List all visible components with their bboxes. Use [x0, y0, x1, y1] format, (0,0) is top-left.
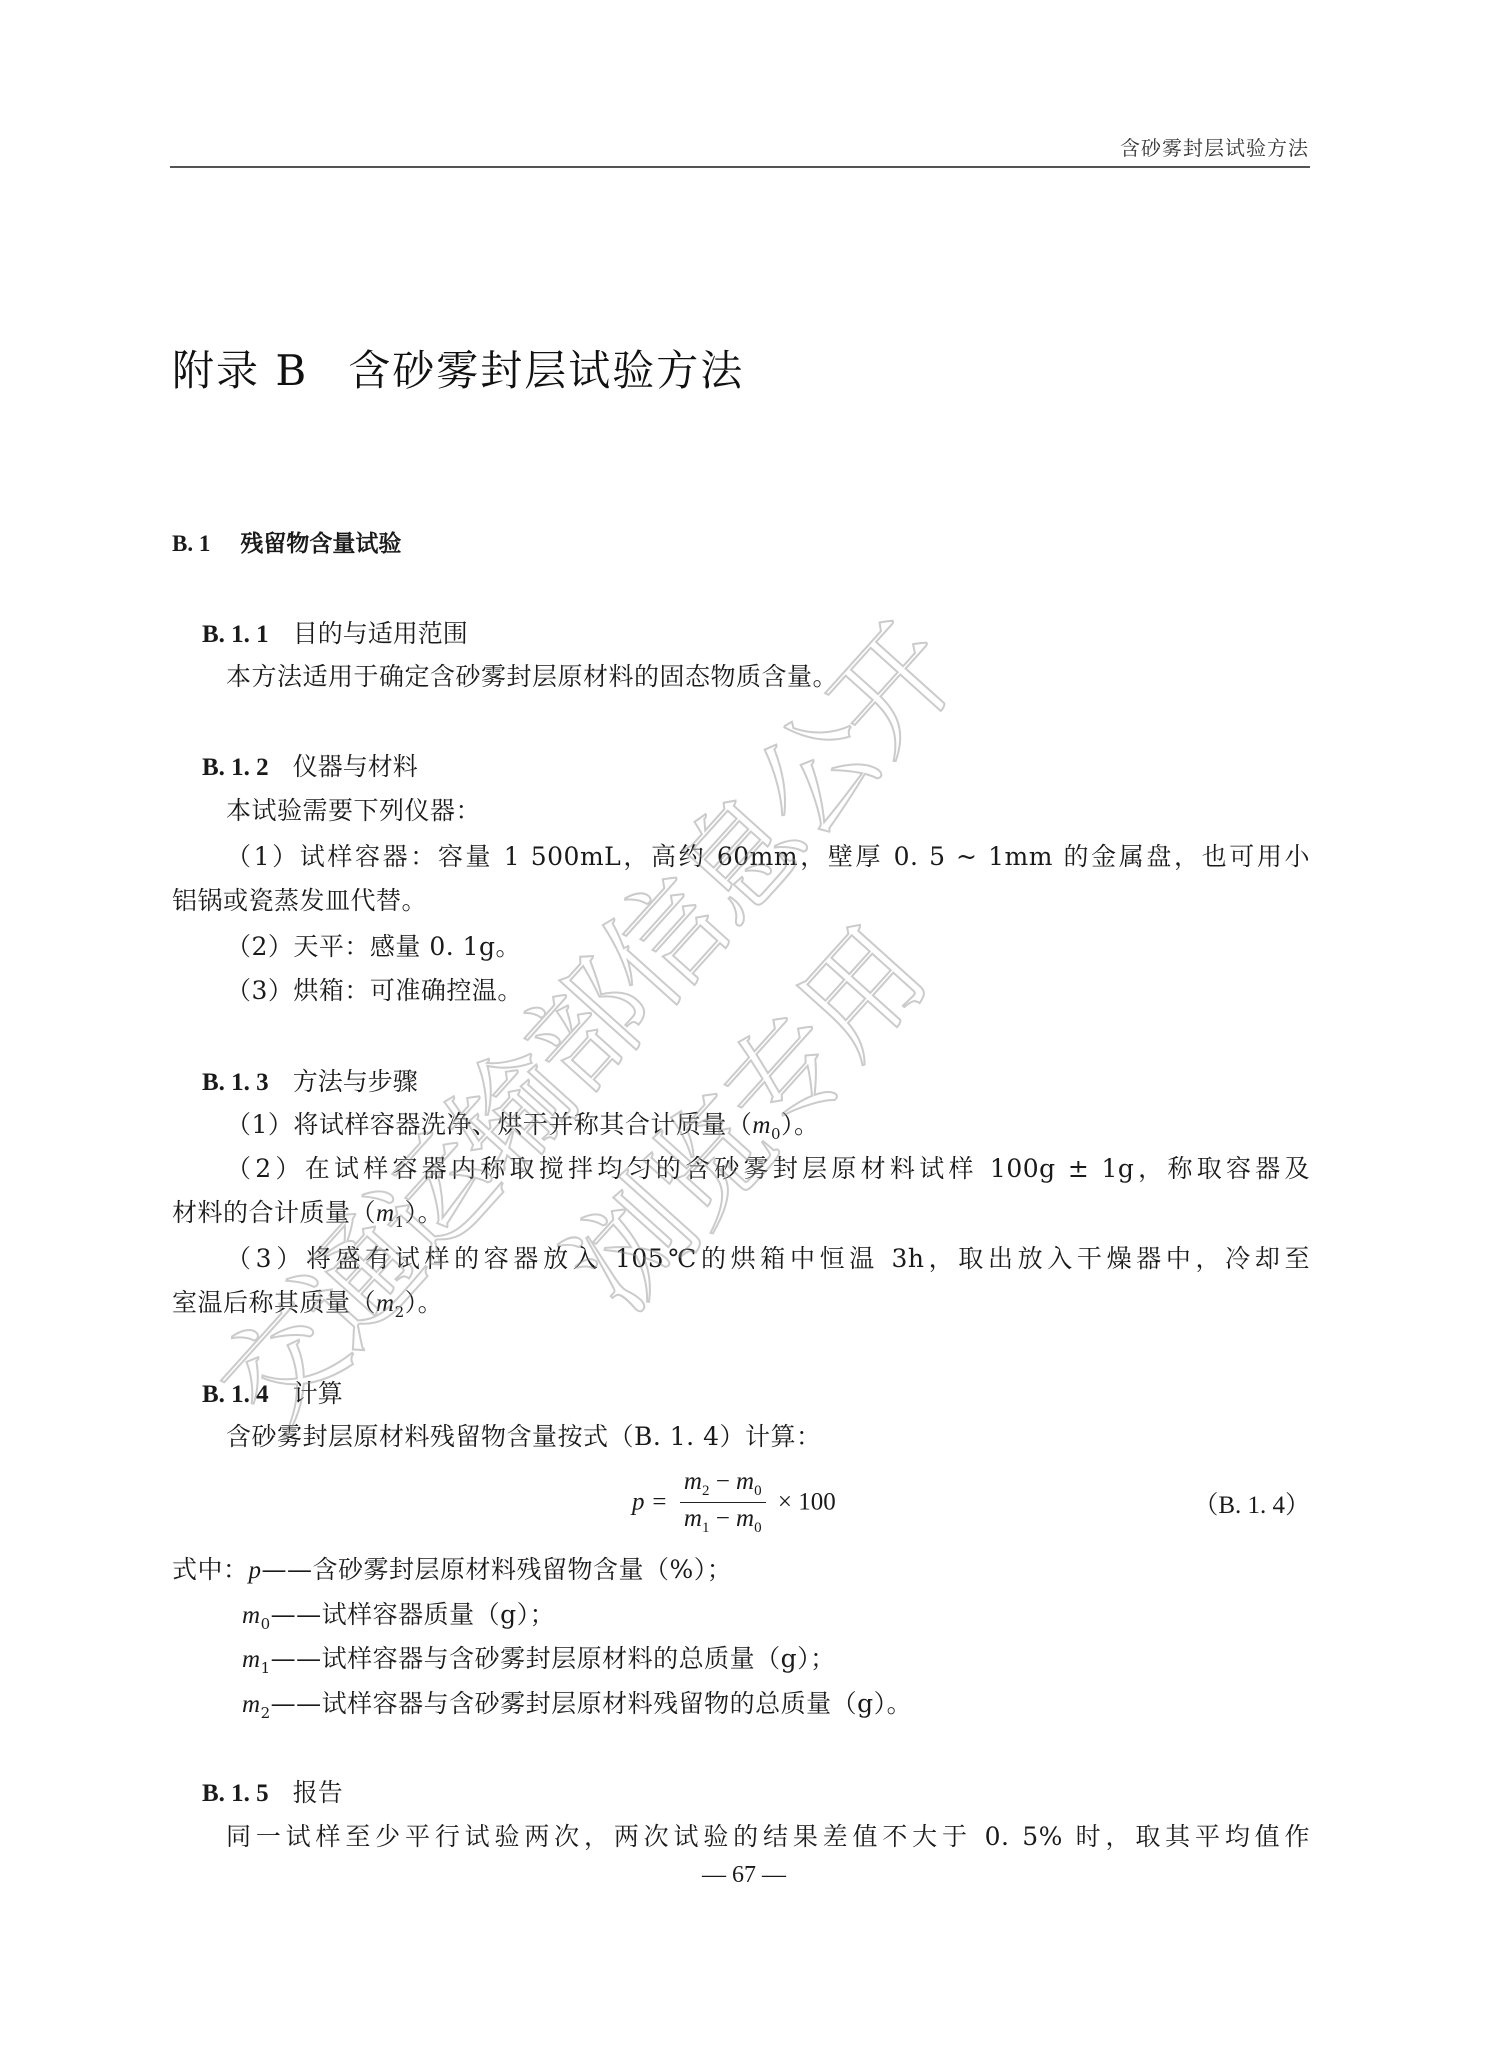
definition-item: m2——试样容器与含砂雾封层原材料残留物的总质量（g）。 [242, 1684, 912, 1722]
paragraph: 本方法适用于确定含砂雾封层原材料的固态物质含量。 [226, 657, 838, 693]
denominator: m1 − m0 [680, 1503, 766, 1537]
page-title: 附录 B含砂雾封层试验方法 [172, 338, 744, 398]
section-heading-b15: B. 1. 5报告 [202, 1773, 343, 1809]
paragraph: 本试验需要下列仪器： [226, 791, 481, 827]
section-heading-b1: B. 1残留物含量试验 [172, 525, 401, 558]
equation-number: （B. 1. 4） [1193, 1485, 1310, 1521]
list-item: （3）烘箱：可准确控温。 [226, 971, 523, 1007]
section-heading-b13: B. 1. 3方法与步骤 [202, 1062, 418, 1098]
list-item: （1）将试样容器洗净、烘干并称其合计质量（m0）。 [226, 1105, 820, 1143]
formula: p = m2 − m0 m1 − m0 × 100 [632, 1468, 836, 1538]
running-head: 含砂雾封层试验方法 [1120, 132, 1309, 161]
list-item-continuation: 铝锅或瓷蒸发皿代替。 [172, 881, 427, 917]
page-number: — 67 — [0, 1862, 1488, 1889]
list-item: （2）天平：感量 0. 1g。 [226, 927, 521, 963]
list-item: （3）将盛有试样的容器放入 105℃的烘箱中恒温 3h，取出放入干燥器中，冷却至 [226, 1239, 1310, 1275]
numerator: m2 − m0 [680, 1468, 766, 1503]
section-heading-b12: B. 1. 2仪器与材料 [202, 747, 418, 783]
section-heading-b14: B. 1. 4计算 [202, 1374, 343, 1410]
fraction: m2 − m0 m1 − m0 [680, 1468, 766, 1537]
appendix-label: 附录 B [172, 346, 308, 395]
list-item-continuation: 材料的合计质量（m1）。 [172, 1193, 443, 1231]
paragraph: 含砂雾封层原材料残留物含量按式（B. 1. 4）计算： [226, 1417, 821, 1453]
list-item-continuation: 室温后称其质量（m2）。 [172, 1283, 443, 1321]
watermark-line-1: 交通运输部信息公开 [174, 584, 987, 1460]
section-heading-b11: B. 1. 1目的与适用范围 [202, 614, 468, 650]
paragraph: 同一试样至少平行试验两次，两次试验的结果差值不大于 0. 5% 时，取其平均值作 [226, 1817, 1310, 1853]
definition-item: m0——试样容器质量（g）； [242, 1595, 555, 1633]
definition-item: 式中：p——含砂雾封层原材料残留物含量（%）； [172, 1550, 732, 1586]
list-item: （1）试样容器：容量 1 500mL，高约 60mm，壁厚 0. 5 ~ 1mm… [226, 837, 1310, 873]
appendix-title: 含砂雾封层试验方法 [348, 346, 744, 395]
list-item: （2）在试样容器内称取搅拌均匀的含砂雾封层原材料试样 100g ± 1g，称取容… [226, 1149, 1310, 1185]
definition-item: m1——试样容器与含砂雾封层原材料的总质量（g）； [242, 1639, 836, 1677]
header-rule [170, 166, 1310, 168]
